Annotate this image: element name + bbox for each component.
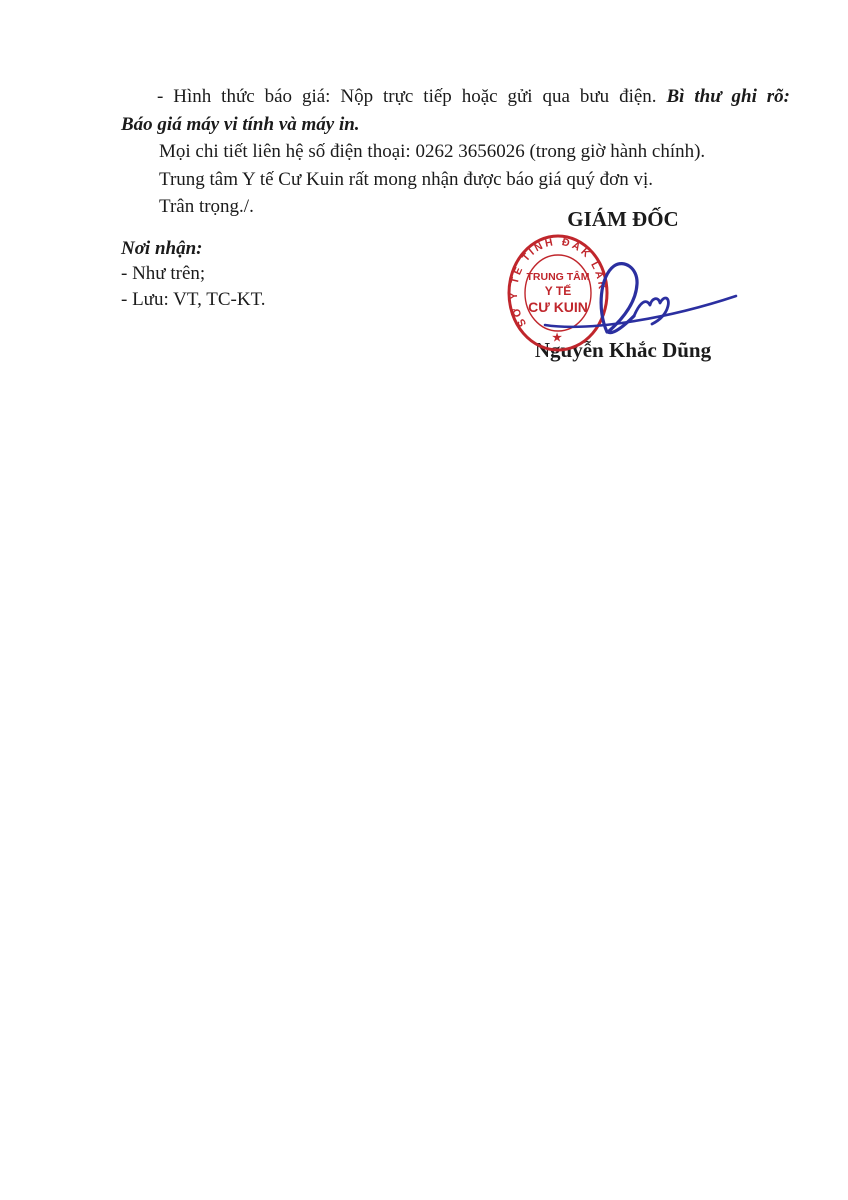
recipient-item: - Như trên; xyxy=(121,261,266,286)
body-line-contact: Mọi chi tiết liên hệ số điện thoại: 0262… xyxy=(121,138,790,166)
paragraph-line-1: - Hình thức báo giá: Nộp trực tiếp hoặc … xyxy=(121,83,790,111)
recipients-block: Nơi nhận: - Như trên; - Lưu: VT, TC-KT. xyxy=(121,236,266,312)
signatory-title: GIÁM ĐỐC xyxy=(500,206,746,232)
body-text: - Hình thức báo giá: Nộp trực tiếp hoặc … xyxy=(157,86,666,107)
recipient-item: - Lưu: VT, TC-KT. xyxy=(121,287,266,312)
document-page: - Hình thức báo giá: Nộp trực tiếp hoặc … xyxy=(0,0,848,1200)
body-line-request: Trung tâm Y tế Cư Kuin rất mong nhận đượ… xyxy=(121,166,790,194)
document-body: - Hình thức báo giá: Nộp trực tiếp hoặc … xyxy=(121,83,790,221)
handwritten-signature-icon xyxy=(540,248,750,343)
body-text-emphasis: Bì thư ghi rõ: xyxy=(666,86,790,107)
recipients-heading: Nơi nhận: xyxy=(121,236,266,261)
signature-stroke-underline xyxy=(545,296,736,327)
paragraph-line-2: Báo giá máy vi tính và máy in. xyxy=(121,111,790,139)
